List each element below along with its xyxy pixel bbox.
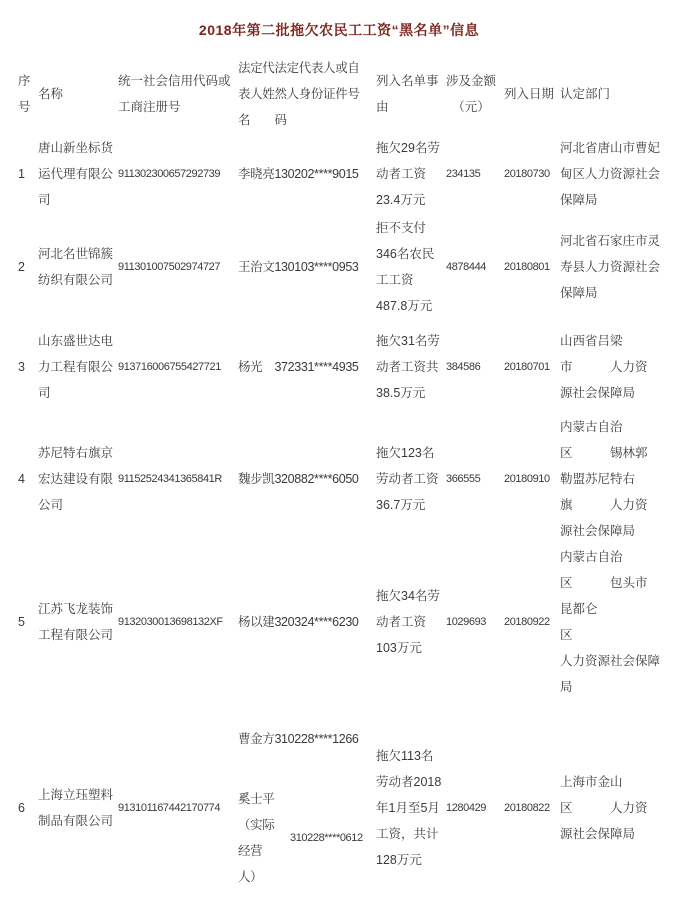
cell-amount: 4878444	[446, 215, 504, 319]
cell-legal-rep: 王治文130103****0953	[238, 215, 376, 319]
col-header-legal-rep: 法定代法定代表人或自 表人姓然人身份证件号 名 码	[238, 55, 376, 133]
cell-credit-code: 911302300657292739	[118, 133, 238, 215]
cell-department: 山西省吕梁 市 人力资 源社会保障局	[560, 319, 678, 414]
cell-seq: 2	[14, 215, 38, 319]
cell-reason: 拒不支付 346名农民 工工资 487.8万元	[376, 215, 446, 319]
cell-seq: 1	[14, 133, 38, 215]
col-header-credit-code: 统一社会信用代码或 工商注册号	[118, 55, 238, 133]
cell-seq: 3	[14, 319, 38, 414]
cell-amount: 366555	[446, 414, 504, 544]
cell-seq: 6	[14, 700, 38, 916]
cell-company-name: 苏尼特右旗京 宏达建设有限 公司	[38, 414, 118, 544]
col-header-date: 列入日期	[504, 55, 560, 133]
col-header-amount: 涉及金额 （元）	[446, 55, 504, 133]
cell-department: 河北省石家庄市灵 寿县人力资源社会 保障局	[560, 215, 678, 319]
cell-date: 20180701	[504, 319, 560, 414]
legal-rep-secondary: 奚士平 （实际 经营 人） 310228****0612	[238, 786, 376, 890]
page-title: 2018年第二批拖欠农民工工资“黑名单”信息	[0, 0, 678, 40]
cell-credit-code: 9132030013698132XF	[118, 544, 238, 700]
cell-seq: 4	[14, 414, 38, 544]
col-header-reason: 列入名单事 由	[376, 55, 446, 133]
cell-reason: 拖欠29名劳 动者工资 23.4万元	[376, 133, 446, 215]
cell-date: 20180801	[504, 215, 560, 319]
cell-company-name: 唐山新坐标货 运代理有限公 司	[38, 133, 118, 215]
legal-rep-primary: 曹金方310228****1266	[238, 726, 376, 752]
cell-seq: 5	[14, 544, 38, 700]
cell-legal-rep: 曹金方310228****1266 奚士平 （实际 经营 人） 310228**…	[238, 700, 376, 916]
cell-amount: 384586	[446, 319, 504, 414]
table-row: 1 唐山新坐标货 运代理有限公 司 911302300657292739 李晓亮…	[14, 133, 678, 215]
cell-department: 上海市金山 区 人力资 源社会保障局	[560, 700, 678, 916]
legal-rep-id: 310228****0612	[290, 825, 363, 851]
cell-company-name: 上海立珏塑料 制品有限公司	[38, 700, 118, 916]
cell-credit-code: 91152524341365841R	[118, 414, 238, 544]
legal-rep-name: 奚士平 （实际 经营 人）	[238, 786, 290, 890]
cell-department: 内蒙古自治 区 包头市 昆都仑 区 人力资源社会保障 局	[560, 544, 678, 700]
cell-date: 20180822	[504, 700, 560, 916]
table-row: 2 河北名世锦簇 纺织有限公司 911301007502974727 王治文13…	[14, 215, 678, 319]
cell-legal-rep: 魏步凯320882****6050	[238, 414, 376, 544]
cell-reason: 拖欠34名劳 动者工资 103万元	[376, 544, 446, 700]
col-header-seq: 序 号	[14, 55, 38, 133]
col-header-department: 认定部门	[560, 55, 678, 133]
cell-legal-rep: 杨光 372331****4935	[238, 319, 376, 414]
cell-company-name: 河北名世锦簇 纺织有限公司	[38, 215, 118, 319]
cell-company-name: 江苏飞龙装饰 工程有限公司	[38, 544, 118, 700]
cell-date: 20180910	[504, 414, 560, 544]
cell-reason: 拖欠113名 劳动者2018 年1月至5月 工资，共计 128万元	[376, 700, 446, 916]
cell-legal-rep: 李晓亮130202****9015	[238, 133, 376, 215]
cell-amount: 234135	[446, 133, 504, 215]
cell-date: 20180730	[504, 133, 560, 215]
cell-legal-rep: 杨以建320324****6230	[238, 544, 376, 700]
cell-amount: 1029693	[446, 544, 504, 700]
table-row: 3 山东盛世达电 力工程有限公 司 913716006755427721 杨光 …	[14, 319, 678, 414]
cell-department: 河北省唐山市曹妃 甸区人力资源社会 保障局	[560, 133, 678, 215]
cell-amount: 1280429	[446, 700, 504, 916]
table-header-row: 序 号 名称 统一社会信用代码或 工商注册号 法定代法定代表人或自 表人姓然人身…	[14, 55, 678, 133]
cell-company-name: 山东盛世达电 力工程有限公 司	[38, 319, 118, 414]
table-row: 5 江苏飞龙装饰 工程有限公司 9132030013698132XF 杨以建32…	[14, 544, 678, 700]
cell-reason: 拖欠31名劳 动者工资共 38.5万元	[376, 319, 446, 414]
blacklist-table: 序 号 名称 统一社会信用代码或 工商注册号 法定代法定代表人或自 表人姓然人身…	[14, 55, 678, 916]
cell-reason: 拖欠123名 劳动者工资 36.7万元	[376, 414, 446, 544]
table-row: 6 上海立珏塑料 制品有限公司 913101167442170774 曹金方31…	[14, 700, 678, 916]
cell-credit-code: 911301007502974727	[118, 215, 238, 319]
document-page: 2018年第二批拖欠农民工工资“黑名单”信息 序 号 名称 统一社会信用代码或 …	[0, 0, 678, 916]
cell-department: 内蒙古自治 区 锡林郭 勒盟苏尼特右 旗 人力资 源社会保障局	[560, 414, 678, 544]
table-row: 4 苏尼特右旗京 宏达建设有限 公司 91152524341365841R 魏步…	[14, 414, 678, 544]
col-header-name: 名称	[38, 55, 118, 133]
cell-date: 20180922	[504, 544, 560, 700]
cell-credit-code: 913101167442170774	[118, 700, 238, 916]
cell-credit-code: 913716006755427721	[118, 319, 238, 414]
